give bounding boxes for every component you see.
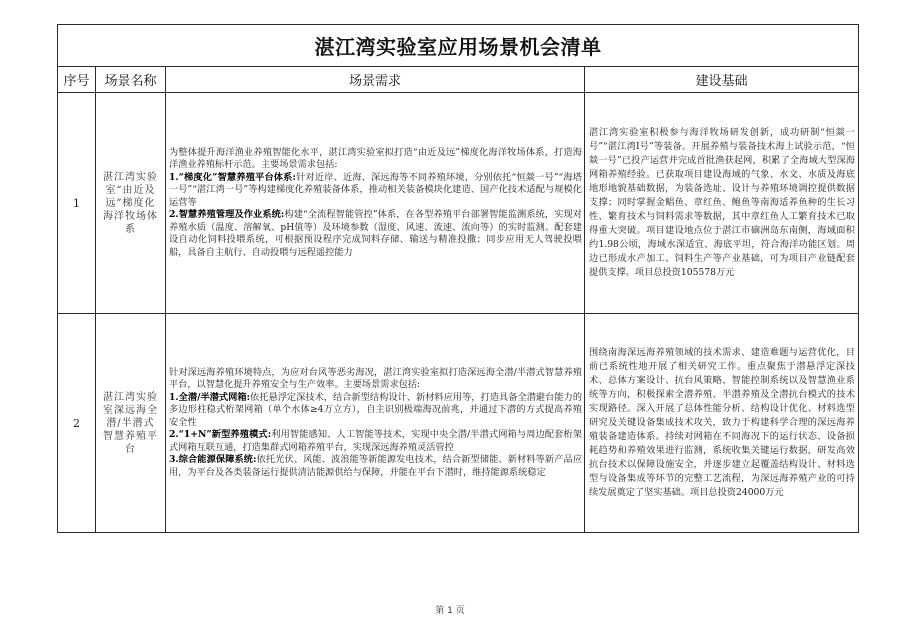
need-item: 3.综合能源保障系统:依托光伏、风能、波浪能等新能源发电技术，结合新型储能、新材… <box>169 454 582 479</box>
need-item-heading: 1.全潜/半潜式网箱: <box>169 392 250 403</box>
page-title: 湛江湾实验室应用场景机会清单 <box>58 25 859 67</box>
need-intro: 针对深远海养殖环境特点，为应对台风等恶劣海况，湛江湾实验室拟打造深远海全潜/半潜… <box>169 367 582 392</box>
column-header-name: 场景名称 <box>96 67 166 93</box>
table-row: 1 湛江湾实验室“由近及远”梯度化海洋牧场体系 为整体提升海洋渔业养殖智能化水平… <box>58 93 859 314</box>
construction-basis: 围绕南海深远海养殖领域的技术需求、建造难题与运营优化，目前已系统性地开展了相关研… <box>585 314 859 533</box>
column-header-need: 场景需求 <box>166 67 585 93</box>
need-item: 2.智慧养殖管理及作业系统:构建“全流程智能管控”体系，在各型养殖平台部署智能监… <box>169 209 582 259</box>
need-item: 1.“梯度化”智慧养殖平台体系:针对近岸、近海、深远海等不同养殖环境，分别依托“… <box>169 172 582 210</box>
construction-basis: 湛江湾实验室积极参与海洋牧场研发创新，成功研制“恒燚一号”“湛江湾Ⅰ号”等装备。… <box>585 93 859 314</box>
need-item: 2.“1+N”新型养殖模式:利用智能感知、人工智能等技术，实现中央全潜/半潜式网… <box>169 429 582 454</box>
row-index: 2 <box>58 314 96 533</box>
need-item-heading: 1.“梯度化”智慧养殖平台体系: <box>169 172 296 183</box>
scenario-table: 湛江湾实验室应用场景机会清单 序号 场景名称 场景需求 建设基础 1 湛江湾实验… <box>57 24 859 533</box>
opportunity-list-sheet: 湛江湾实验室应用场景机会清单 序号 场景名称 场景需求 建设基础 1 湛江湾实验… <box>57 24 858 533</box>
column-header-basis: 建设基础 <box>585 67 859 93</box>
row-index: 1 <box>58 93 96 314</box>
scenario-name: 湛江湾实验室“由近及远”梯度化海洋牧场体系 <box>96 93 166 314</box>
table-row: 2 湛江湾实验室深远海全潜/半潜式智慧养殖平台 针对深远海养殖环境特点，为应对台… <box>58 314 859 533</box>
scenario-need: 为整体提升海洋渔业养殖智能化水平，湛江湾实验室拟打造“由近及远”梯度化海洋牧场体… <box>166 93 585 314</box>
scenario-need: 针对深远海养殖环境特点，为应对台风等恶劣海况，湛江湾实验室拟打造深远海全潜/半潜… <box>166 314 585 533</box>
need-item-heading: 2.智慧养殖管理及作业系统: <box>169 209 284 220</box>
need-item: 1.全潜/半潜式网箱:依托悬浮定深技术，结合新型结构设计、新材料应用等，打造具备… <box>169 392 582 430</box>
need-item-heading: 2.“1+N”新型养殖模式: <box>169 429 271 440</box>
page-number: 第 1 页 <box>0 603 900 616</box>
column-header-index: 序号 <box>58 67 96 93</box>
need-intro: 为整体提升海洋渔业养殖智能化水平，湛江湾实验室拟打造“由近及远”梯度化海洋牧场体… <box>169 147 582 172</box>
need-item-heading: 3.综合能源保障系统: <box>169 454 257 465</box>
table-header-row: 序号 场景名称 场景需求 建设基础 <box>58 67 859 93</box>
scenario-name: 湛江湾实验室深远海全潜/半潜式智慧养殖平台 <box>96 314 166 533</box>
